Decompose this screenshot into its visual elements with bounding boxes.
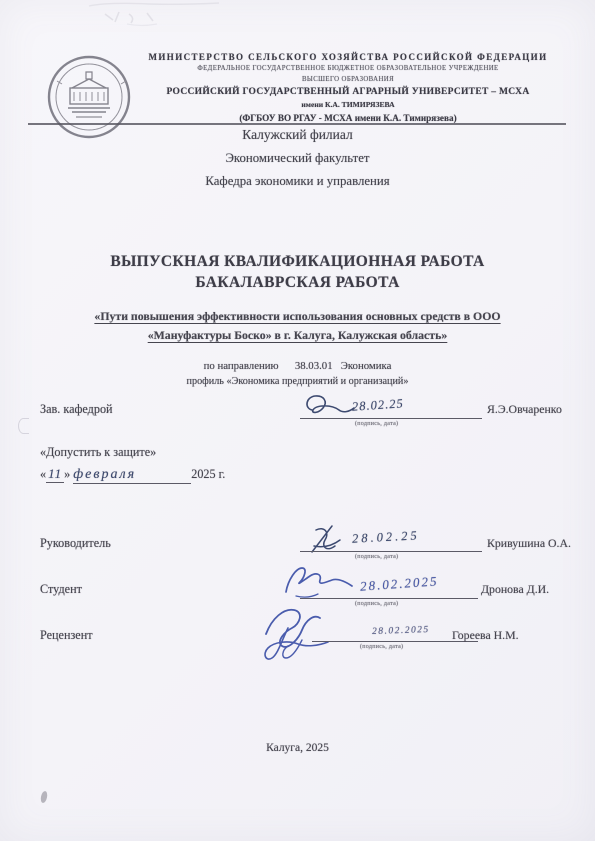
supervisor-name: Кривушина О.А. — [487, 536, 571, 551]
institution-line-2: ВЫСШЕГО ОБРАЗОВАНИЯ — [130, 76, 566, 84]
work-title: ВЫПУСКНАЯ КВАЛИФИКАЦИОННАЯ РАБОТА БАКАЛА… — [0, 252, 595, 294]
department-name: Кафедра экономики и управления — [0, 174, 595, 189]
head-signature-line — [300, 418, 482, 419]
document-header: МИНИСТЕРСТВО СЕЛЬСКОГО ХОЗЯЙСТВА РОССИЙС… — [30, 52, 566, 124]
ink-smudge — [40, 791, 48, 804]
student-name: Дронова Д.И. — [481, 582, 549, 597]
city-year-footer: Калуга, 2025 — [0, 742, 595, 754]
supervisor-signature-line — [300, 551, 482, 552]
thesis-topic-line-1: «Пути повышения эффективности использова… — [94, 309, 500, 323]
work-title-line-2: БАКАЛАВРСКАЯ РАБОТА — [0, 273, 595, 294]
student-signature — [282, 562, 356, 602]
scanned-thesis-title-page: МИНИСТЕРСТВО СЕЛЬСКОГО ХОЗЯЙСТВА РОССИЙС… — [0, 0, 595, 841]
student-signature-date: 28.02.2025 — [360, 573, 439, 594]
university-name-2: имени К.А. ТИМИРЯЗЕВА — [130, 100, 566, 109]
reviewer-signature — [258, 600, 354, 662]
thesis-topic-line-2: «Мануфактуры Боско» в г. Калуга, Калужск… — [148, 328, 447, 342]
student-signature-line — [300, 598, 478, 599]
supervisor-signature — [306, 522, 348, 558]
header-divider — [28, 123, 566, 125]
direction-line: по направлению 38.03.01 Экономика — [0, 360, 595, 372]
signature-caption: (подпись, дата) — [355, 601, 398, 607]
defense-year: 2025 г. — [191, 467, 225, 481]
head-signature-date: 28.02.25 — [352, 396, 405, 415]
branch-name: Калужский филиал — [0, 127, 595, 143]
supervisor-label: Руководитель — [40, 536, 111, 551]
direction-code: 38.03.01 — [295, 360, 333, 372]
head-of-department-name: Я.Э.Овчаренко — [487, 402, 562, 417]
admit-to-defense-label: «Допустить к защите» — [40, 445, 156, 460]
scan-mark — [18, 418, 29, 434]
defense-month-handwritten: февраля — [73, 467, 136, 482]
student-label: Студент — [40, 582, 82, 597]
university-name: РОССИЙСКИЙ ГОСУДАРСТВЕННЫЙ АГРАРНЫЙ УНИВ… — [130, 87, 566, 99]
signature-caption: (подпись, дата) — [355, 554, 398, 560]
ministry-line: МИНИСТЕРСТВО СЕЛЬСКОГО ХОЗЯЙСТВА РОССИЙС… — [130, 52, 566, 63]
reviewer-signature-date: 28.02.2025 — [372, 625, 430, 637]
pencil-smudge — [75, 0, 235, 30]
work-title-line-1: ВЫПУСКНАЯ КВАЛИФИКАЦИОННАЯ РАБОТА — [0, 252, 595, 273]
head-of-department-label: Зав. кафедрой — [40, 402, 113, 417]
institution-line-1: ФЕДЕРАЛЬНОЕ ГОСУДАРСТВЕННОЕ БЮДЖЕТНОЕ ОБ… — [130, 65, 566, 73]
defense-date-line: «11» февраля2025 г. — [40, 466, 225, 484]
profile-line: профиль «Экономика предприятий и организ… — [0, 376, 595, 387]
thesis-topic: «Пути повышения эффективности использова… — [0, 307, 595, 345]
faculty-name: Экономический факультет — [0, 151, 595, 166]
reviewer-label: Рецензент — [40, 628, 93, 643]
reviewer-name: Гореева Н.М. — [452, 628, 519, 643]
supervisor-signature-date: 28.02.25 — [352, 528, 420, 547]
direction-label: по направлению — [204, 360, 279, 372]
signature-caption: (подпись, дата) — [360, 644, 403, 650]
direction-name: Экономика — [341, 360, 392, 372]
signature-caption: (подпись, дата) — [355, 421, 398, 427]
defense-day-handwritten: 11 — [48, 466, 62, 481]
